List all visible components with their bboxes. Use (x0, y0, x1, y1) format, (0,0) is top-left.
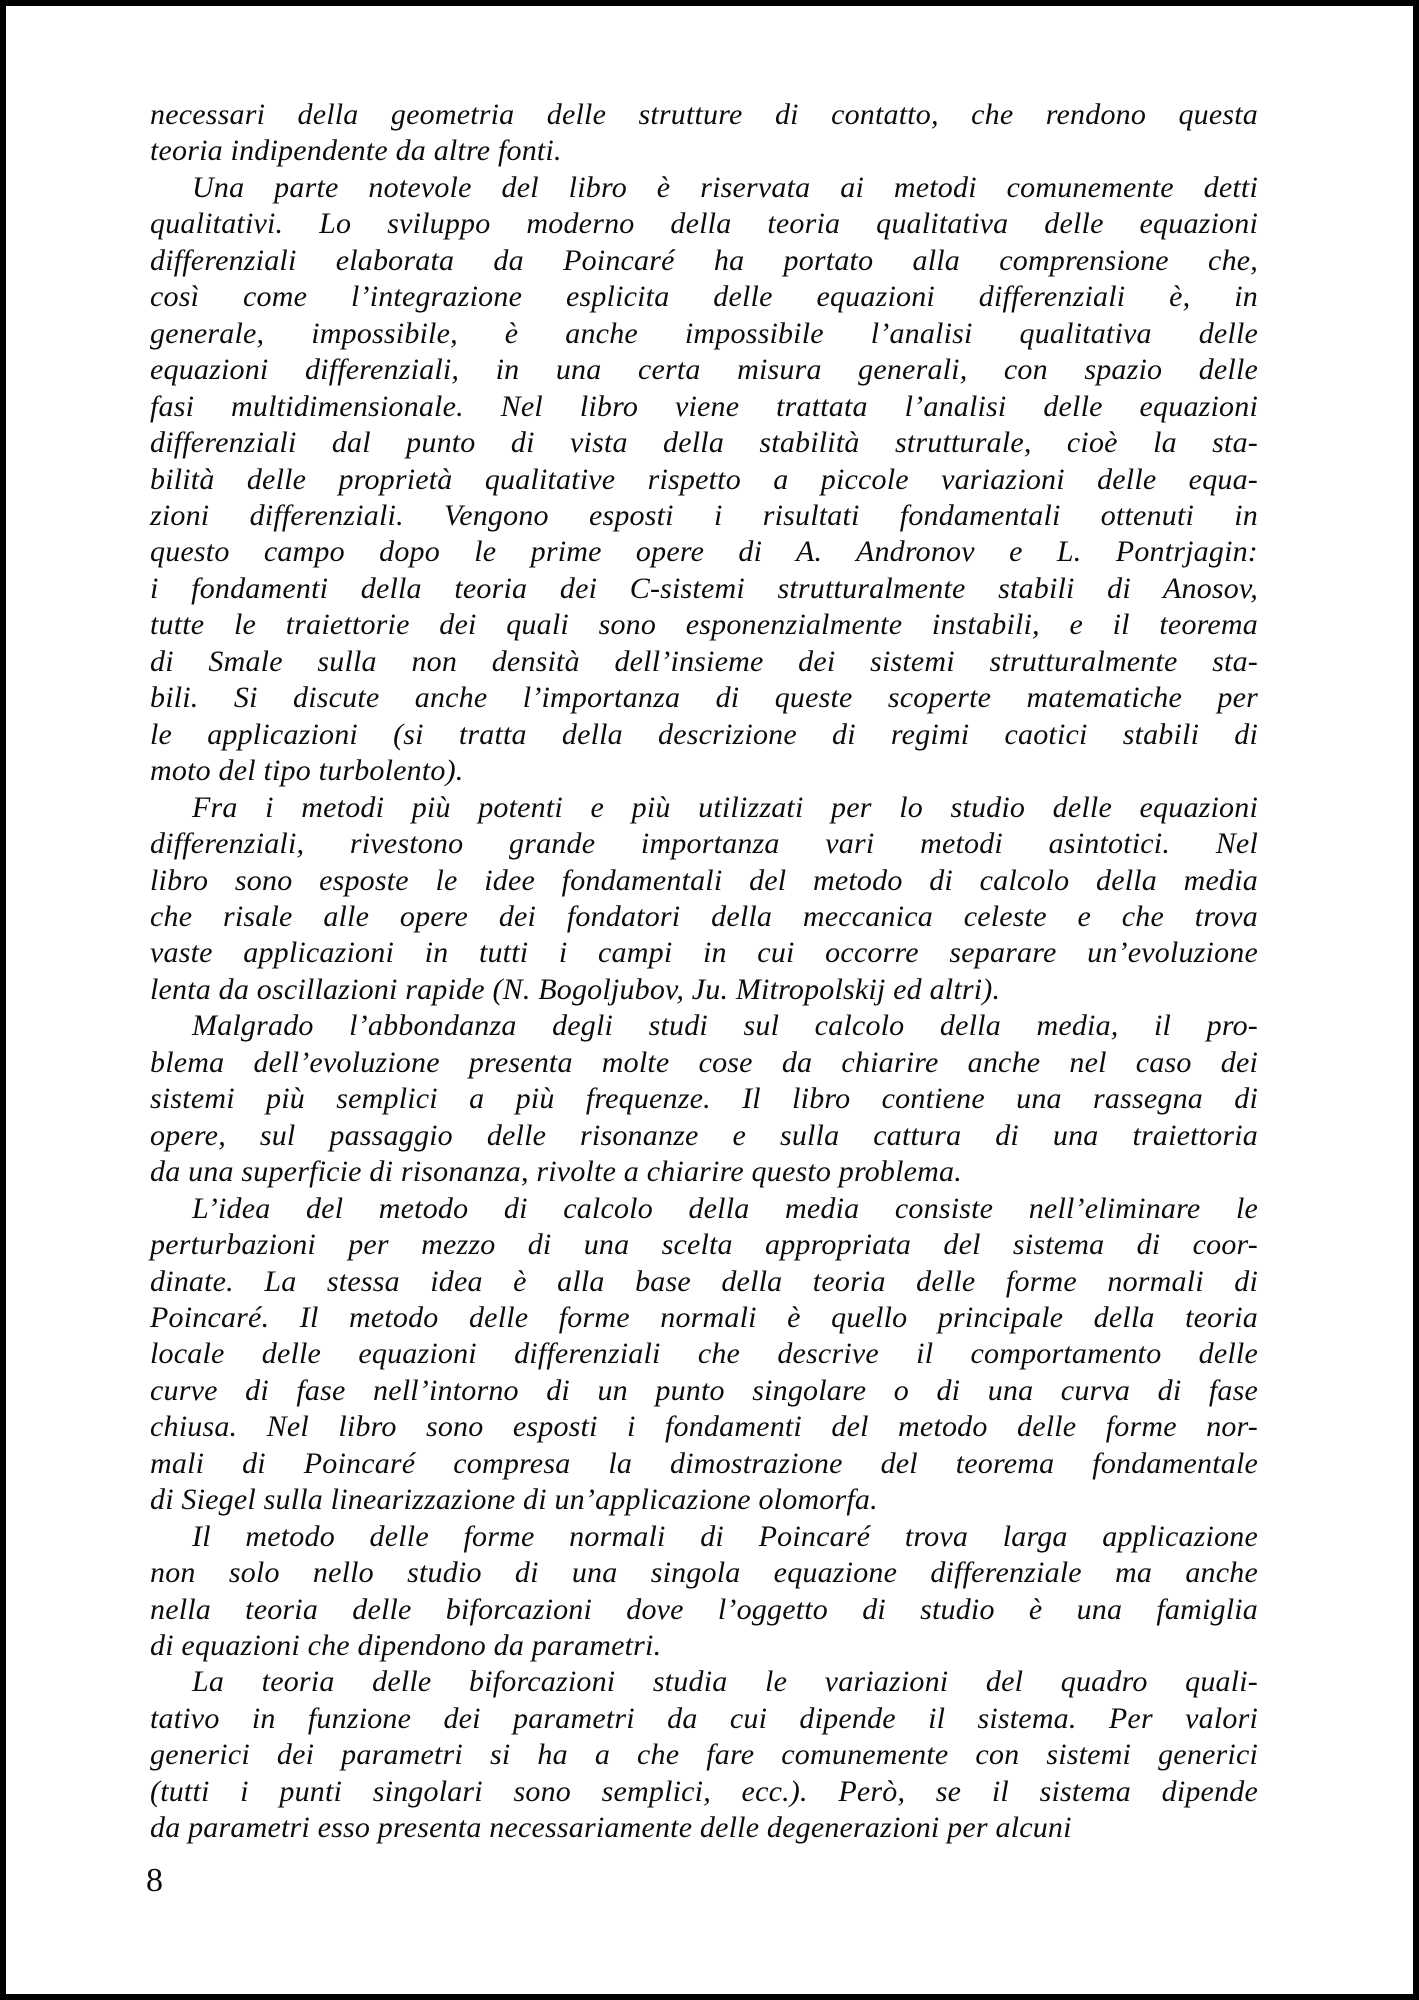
text-line: tativo in funzione dei parametri da cui … (150, 1701, 1258, 1737)
text-line: necessari della geometria delle struttur… (150, 97, 1258, 133)
paragraph: L’idea del metodo di calcolo della media… (150, 1191, 1258, 1519)
text-line: perturbazioni per mezzo di una scelta ap… (150, 1227, 1258, 1263)
text-line: mali di Poincaré compresa la dimostrazio… (150, 1446, 1258, 1482)
text-column: necessari della geometria delle struttur… (150, 97, 1258, 1847)
text-line: differenziali, rivestono grande importan… (150, 826, 1258, 862)
paragraph: Il metodo delle forme normali di Poincar… (150, 1519, 1258, 1665)
text-line: chiusa. Nel libro sono esposti i fondame… (150, 1409, 1258, 1445)
text-line: dinate. La stessa idea è alla base della… (150, 1264, 1258, 1300)
page-number: 8 (146, 1862, 163, 1900)
text-line: blema dell’evoluzione presenta molte cos… (150, 1045, 1258, 1081)
text-line: equazioni differenziali, in una certa mi… (150, 352, 1258, 388)
text-line: Poincaré. Il metodo delle forme normali … (150, 1300, 1258, 1336)
text-line: di Siegel sulla linearizzazione di un’ap… (150, 1482, 1258, 1518)
text-line: Fra i metodi più potenti e più utilizzat… (150, 790, 1258, 826)
text-line: opere, sul passaggio delle risonanze e s… (150, 1118, 1258, 1154)
text-line: Una parte notevole del libro è riservata… (150, 170, 1258, 206)
text-line: così come l’integrazione esplicita delle… (150, 279, 1258, 315)
text-line: lenta da oscillazioni rapide (N. Bogolju… (150, 972, 1258, 1008)
text-line: locale delle equazioni differenziali che… (150, 1336, 1258, 1372)
text-line: da parametri esso presenta necessariamen… (150, 1810, 1258, 1846)
text-line: qualitativi. Lo sviluppo moderno della t… (150, 206, 1258, 242)
text-line: moto del tipo turbolento). (150, 753, 1258, 789)
text-line: L’idea del metodo di calcolo della media… (150, 1191, 1258, 1227)
text-line: sistemi più semplici a più frequenze. Il… (150, 1081, 1258, 1117)
paragraph: Malgrado l’abbondanza degli studi sul ca… (150, 1008, 1258, 1190)
paragraph: Una parte notevole del libro è riservata… (150, 170, 1258, 790)
text-line: vaste applicazioni in tutti i campi in c… (150, 935, 1258, 971)
text-line: fasi multidimensionale. Nel libro viene … (150, 389, 1258, 425)
text-line: i fondamenti della teoria dei C-sistemi … (150, 571, 1258, 607)
text-line: teoria indipendente da altre fonti. (150, 133, 1258, 169)
text-line: differenziali dal punto di vista della s… (150, 425, 1258, 461)
paragraph: Fra i metodi più potenti e più utilizzat… (150, 790, 1258, 1009)
text-line: tutte le traiettorie dei quali sono espo… (150, 607, 1258, 643)
text-line: questo campo dopo le prime opere di A. A… (150, 534, 1258, 570)
text-line: La teoria delle biforcazioni studia le v… (150, 1664, 1258, 1700)
text-line: Il metodo delle forme normali di Poincar… (150, 1519, 1258, 1555)
text-line: zioni differenziali. Vengono esposti i r… (150, 498, 1258, 534)
text-line: di equazioni che dipendono da parametri. (150, 1628, 1258, 1664)
text-line: libro sono esposte le idee fondamentali … (150, 863, 1258, 899)
text-line: generale, impossibile, è anche impossibi… (150, 316, 1258, 352)
text-line: di Smale sulla non densità dell’insieme … (150, 644, 1258, 680)
text-line: bilità delle proprietà qualitative rispe… (150, 462, 1258, 498)
text-line: (tutti i punti singolari sono semplici, … (150, 1774, 1258, 1810)
text-line: le applicazioni (si tratta della descriz… (150, 717, 1258, 753)
text-line: da una superficie di risonanza, rivolte … (150, 1154, 1258, 1190)
text-line: differenziali elaborata da Poincaré ha p… (150, 243, 1258, 279)
text-line: che risale alle opere dei fondatori dell… (150, 899, 1258, 935)
paragraph: necessari della geometria delle struttur… (150, 97, 1258, 170)
paragraph: La teoria delle biforcazioni studia le v… (150, 1664, 1258, 1846)
text-line: nella teoria delle biforcazioni dove l’o… (150, 1592, 1258, 1628)
text-line: Malgrado l’abbondanza degli studi sul ca… (150, 1008, 1258, 1044)
text-line: non solo nello studio di una singola equ… (150, 1555, 1258, 1591)
text-line: bili. Si discute anche l’importanza di q… (150, 680, 1258, 716)
text-line: curve di fase nell’intorno di un punto s… (150, 1373, 1258, 1409)
text-line: generici dei parametri si ha a che fare … (150, 1737, 1258, 1773)
